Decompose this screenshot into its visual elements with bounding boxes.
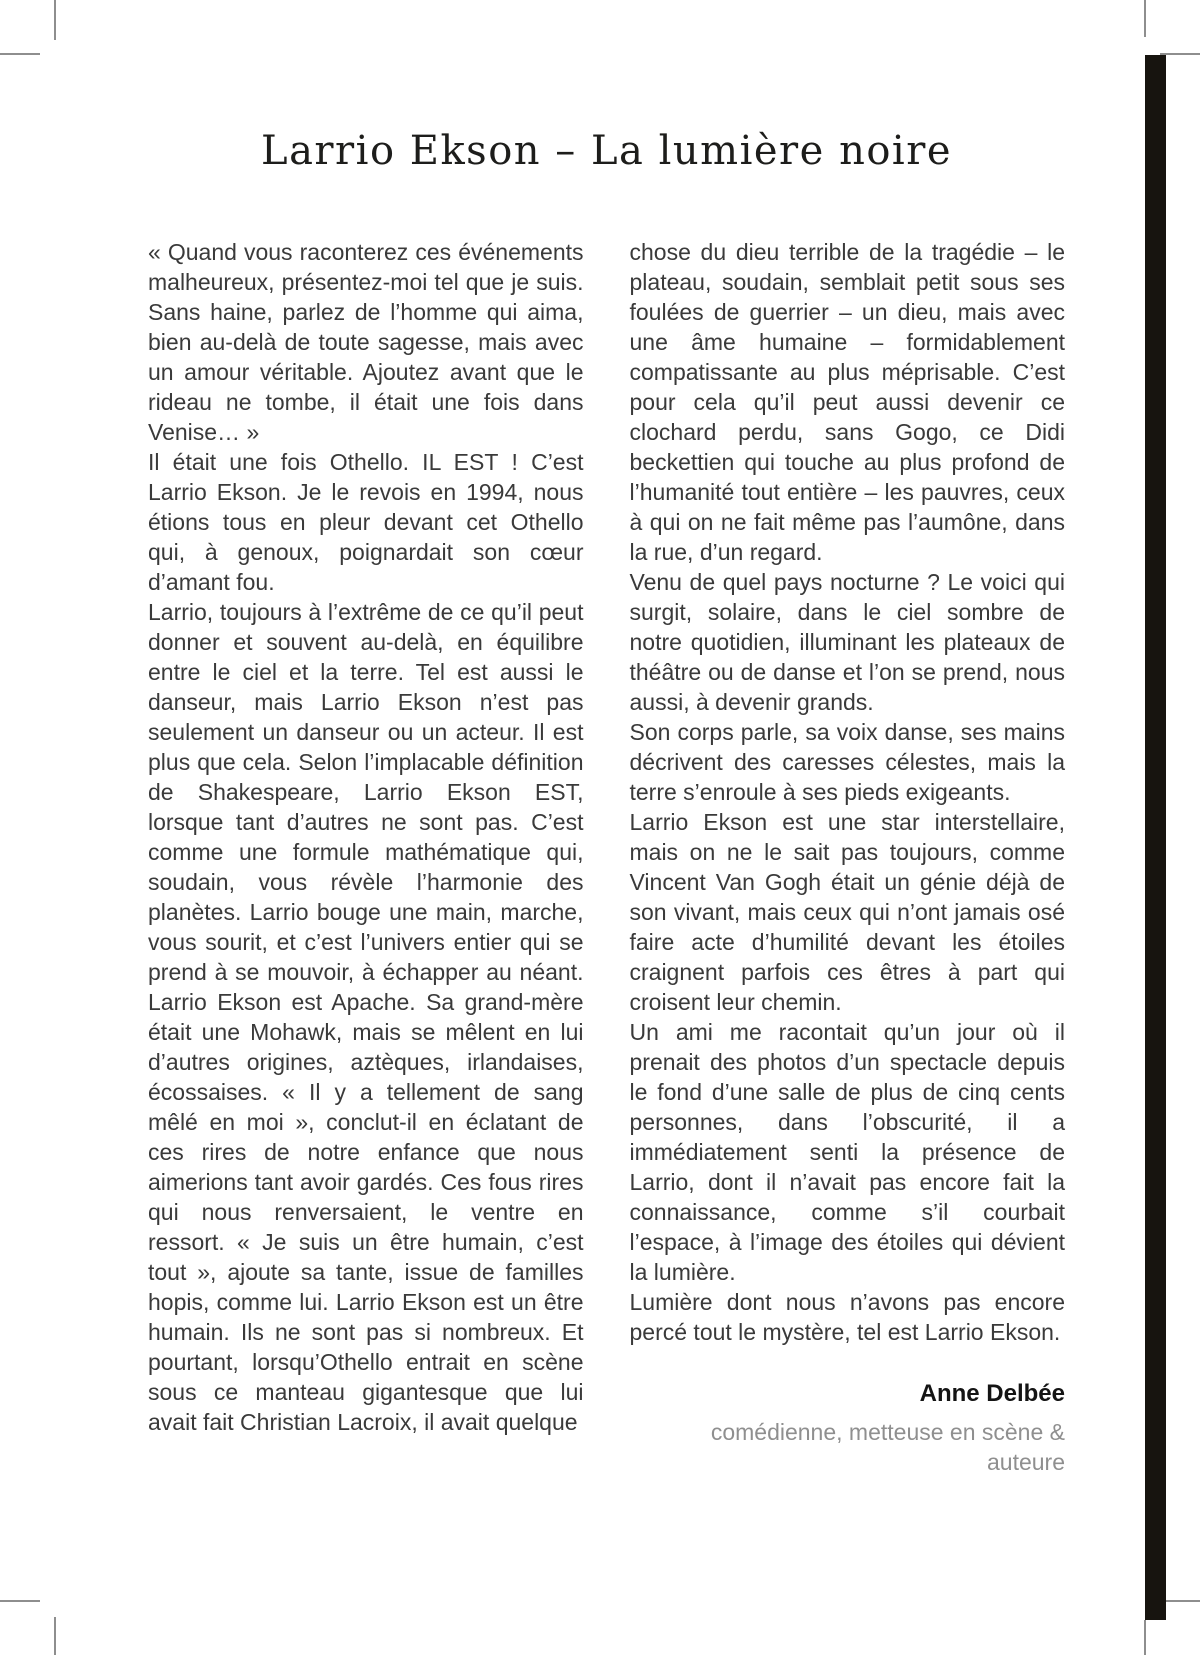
paragraph: chose du dieu terrible de la tragédie – … bbox=[630, 237, 1066, 567]
crop-mark-top-left-horizontal bbox=[0, 53, 40, 55]
article-body: « Quand vous raconterez ces événements m… bbox=[148, 237, 1065, 1477]
article-column-left: « Quand vous raconterez ces événements m… bbox=[148, 237, 584, 1477]
paragraph: Larrio Ekson est une star interstellaire… bbox=[630, 807, 1066, 1017]
article-column-right: chose du dieu terrible de la tragédie – … bbox=[630, 237, 1066, 1477]
crop-mark-bottom-left-horizontal bbox=[0, 1600, 40, 1602]
paragraph: Son corps parle, sa voix danse, ses main… bbox=[630, 717, 1066, 807]
page-title: Larrio Ekson – La lumière noire bbox=[148, 128, 1065, 174]
paragraph: « Quand vous raconterez ces événements m… bbox=[148, 237, 584, 447]
signature-block: Anne Delbée comédienne, metteuse en scèn… bbox=[630, 1379, 1066, 1477]
crop-mark-top-right-horizontal bbox=[1160, 53, 1200, 55]
signature-name: Anne Delbée bbox=[630, 1379, 1066, 1409]
paragraph: Venu de quel pays nocturne ? Le voici qu… bbox=[630, 567, 1066, 717]
document-page: Larrio Ekson – La lumière noire « Quand … bbox=[0, 0, 1200, 1655]
paragraph: Larrio, toujours à l’extrême de ce qu’il… bbox=[148, 597, 584, 1437]
bleed-bar bbox=[1145, 55, 1166, 1620]
crop-mark-top-right-vertical bbox=[1144, 0, 1146, 37]
signature-role: comédienne, metteuse en scène & auteure bbox=[630, 1417, 1066, 1477]
paragraph: Lumière dont nous n’avons pas encore per… bbox=[630, 1287, 1066, 1347]
crop-mark-bottom-right-vertical bbox=[1144, 1620, 1146, 1655]
paragraph: Il était une fois Othello. IL EST ! C’es… bbox=[148, 447, 584, 597]
crop-mark-top-left-vertical bbox=[54, 0, 56, 40]
paragraph: Un ami me racontait qu’un jour où il pre… bbox=[630, 1017, 1066, 1287]
crop-mark-bottom-left-vertical bbox=[54, 1617, 56, 1655]
